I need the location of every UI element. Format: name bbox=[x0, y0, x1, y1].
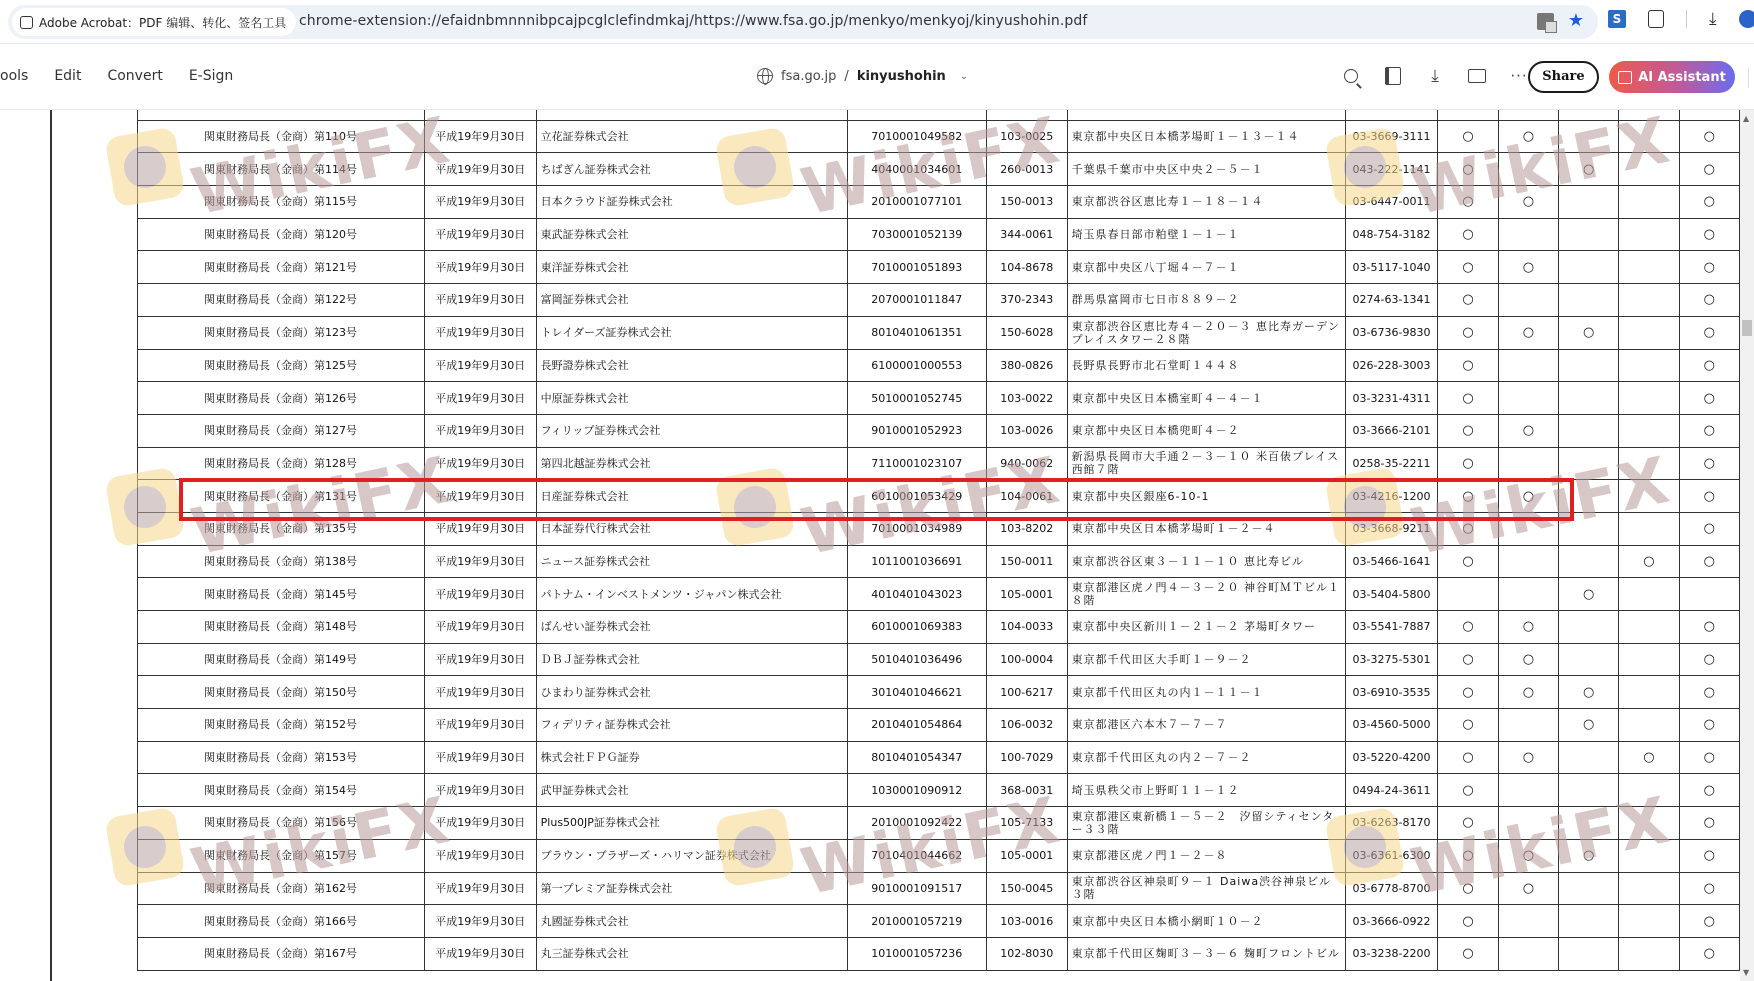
company-name: フィリップ証券株式会社 bbox=[536, 414, 847, 447]
table-row: 関東財務局長（金商）第114号平成19年9月30日ちばぎん証券株式会社40400… bbox=[138, 153, 1740, 186]
postal-code: 100-7029 bbox=[986, 741, 1067, 774]
corporate-number: 7010001049582 bbox=[847, 120, 986, 153]
phone-number: 03-5220-4200 bbox=[1345, 741, 1438, 774]
share-button[interactable]: Share bbox=[1528, 61, 1599, 93]
business-type-mark bbox=[1559, 447, 1619, 480]
print-icon[interactable] bbox=[1466, 65, 1488, 87]
registration-date: 平成19年9月30日 bbox=[424, 512, 536, 545]
phone-number: 03-5326-1412 bbox=[1345, 110, 1438, 120]
business-type-mark bbox=[1559, 120, 1619, 153]
corporate-number: 1010001057236 bbox=[847, 937, 986, 970]
company-name: 日本クラウド証券株式会社 bbox=[536, 186, 847, 219]
postal-code: 105-7133 bbox=[986, 807, 1067, 840]
url-text[interactable]: chrome-extension://efaidnbmnnnibpcajpcgl… bbox=[299, 13, 1087, 29]
business-type-mark bbox=[1619, 120, 1679, 153]
business-type-mark bbox=[1559, 807, 1619, 840]
registration-date: 平成19年9月30日 bbox=[424, 611, 536, 644]
registration-date: 平成19年9月30日 bbox=[424, 643, 536, 676]
corporate-number: 6010001053429 bbox=[847, 480, 986, 513]
business-type-mark: ○ bbox=[1679, 807, 1739, 840]
translate-icon[interactable] bbox=[1537, 13, 1554, 30]
business-type-mark: ○ bbox=[1438, 937, 1498, 970]
business-type-mark: ○ bbox=[1679, 676, 1739, 709]
business-type-mark bbox=[1619, 316, 1679, 349]
site-chip-label: Adobe Acrobat：PDF 编辑、转化、签名工具 bbox=[39, 14, 286, 31]
business-type-mark bbox=[1619, 447, 1679, 480]
business-type-mark bbox=[1498, 937, 1558, 970]
registration-number: 関東財務局長（金商）第150号 bbox=[138, 676, 425, 709]
table-row: 関東財務局長（金商）第115号平成19年9月30日日本クラウド証券株式会社201… bbox=[138, 186, 1740, 219]
toolbar-divider bbox=[1748, 68, 1749, 88]
corporate-number: 9010001052923 bbox=[847, 414, 986, 447]
business-type-mark: ○ bbox=[1679, 110, 1739, 120]
table-row: 関東財務局長（金商）第153号平成19年9月30日株式会社ＦＰＧ証券801040… bbox=[138, 741, 1740, 774]
company-name: トレイダーズ証券株式会社 bbox=[536, 316, 847, 349]
business-type-mark: ○ bbox=[1498, 872, 1558, 905]
registration-number: 関東財務局長（金商）第106号 bbox=[138, 110, 425, 120]
postal-code: 104-8678 bbox=[986, 251, 1067, 284]
corporate-number: 3011101027812 bbox=[847, 110, 986, 120]
corporate-number: 7010001051893 bbox=[847, 251, 986, 284]
registration-date: 平成19年9月30日 bbox=[424, 741, 536, 774]
table-row: 関東財務局長（金商）第135号平成19年9月30日日本証券代行株式会社70100… bbox=[138, 512, 1740, 545]
business-type-mark: ○ bbox=[1438, 153, 1498, 186]
business-type-mark: ○ bbox=[1679, 382, 1739, 415]
menu-esign[interactable]: E-Sign bbox=[189, 68, 233, 84]
business-type-mark: ○ bbox=[1498, 643, 1558, 676]
business-type-mark bbox=[1619, 611, 1679, 644]
menu-edit[interactable]: Edit bbox=[54, 68, 81, 84]
registration-date: 平成19年9月30日 bbox=[424, 414, 536, 447]
business-type-mark: ○ bbox=[1438, 110, 1498, 120]
registration-number: 関東財務局長（金商）第114号 bbox=[138, 153, 425, 186]
phone-number: 03-3669-3111 bbox=[1345, 120, 1438, 153]
registration-date: 平成19年9月30日 bbox=[424, 316, 536, 349]
business-type-mark bbox=[1498, 709, 1558, 742]
postal-code: 150-0013 bbox=[986, 186, 1067, 219]
business-type-mark: ○ bbox=[1498, 480, 1558, 513]
business-type-mark bbox=[1619, 676, 1679, 709]
postal-code: 344-0061 bbox=[986, 218, 1067, 251]
download-icon[interactable]: ⤓ bbox=[1424, 65, 1446, 87]
registration-number: 関東財務局長（金商）第115号 bbox=[138, 186, 425, 219]
registration-date: 平成19年9月30日 bbox=[424, 110, 536, 120]
registration-date: 平成19年9月30日 bbox=[424, 153, 536, 186]
phone-number: 03-6447-0011 bbox=[1345, 186, 1438, 219]
registration-date: 平成19年9月30日 bbox=[424, 905, 536, 938]
registration-date: 平成19年9月30日 bbox=[424, 807, 536, 840]
registration-date: 平成19年9月30日 bbox=[424, 937, 536, 970]
registration-number: 関東財務局長（金商）第120号 bbox=[138, 218, 425, 251]
business-type-mark: ○ bbox=[1679, 251, 1739, 284]
address: 東京都港区虎ノ門４－３－２０ 神谷町ＭＴビル１８階 bbox=[1067, 578, 1345, 611]
postal-code: 150-6028 bbox=[986, 316, 1067, 349]
table-row: 関東財務局長（金商）第157号平成19年9月30日ブラウン・ブラザーズ・ハリマン… bbox=[138, 839, 1740, 872]
phone-number: 03-5404-5800 bbox=[1345, 578, 1438, 611]
address: 東京都千代田区丸の内１－１１－１ bbox=[1067, 676, 1345, 709]
registration-number: 関東財務局長（金商）第153号 bbox=[138, 741, 425, 774]
phone-number: 026-228-3003 bbox=[1345, 349, 1438, 382]
phone-number: 03-6263-8170 bbox=[1345, 807, 1438, 840]
address: 埼玉県秩父市上野町１１－１２ bbox=[1067, 774, 1345, 807]
business-type-mark bbox=[1498, 774, 1558, 807]
address: 東京都千代田区丸の内２－７－２ bbox=[1067, 741, 1345, 774]
business-type-mark: ○ bbox=[1498, 741, 1558, 774]
table-row: 関東財務局長（金商）第154号平成19年9月30日武甲証券株式会社1030001… bbox=[138, 774, 1740, 807]
corporate-number: 2070001011847 bbox=[847, 284, 986, 317]
phone-number: 03-6736-9830 bbox=[1345, 316, 1438, 349]
business-type-mark: ○ bbox=[1438, 611, 1498, 644]
business-type-mark bbox=[1559, 284, 1619, 317]
corporate-number: 1011001036691 bbox=[847, 545, 986, 578]
corporate-number: 4010401043023 bbox=[847, 578, 986, 611]
business-type-mark: ○ bbox=[1679, 905, 1739, 938]
company-name: ちばぎん証券株式会社 bbox=[536, 153, 847, 186]
corporate-number: 4040001034601 bbox=[847, 153, 986, 186]
company-name: フィデリティ証券株式会社 bbox=[536, 709, 847, 742]
postal-code: 150-0045 bbox=[986, 872, 1067, 905]
business-type-mark: ○ bbox=[1438, 676, 1498, 709]
business-type-mark: ○ bbox=[1438, 709, 1498, 742]
business-type-mark: ○ bbox=[1438, 316, 1498, 349]
more-icon[interactable]: ··· bbox=[1508, 65, 1530, 87]
ai-assistant-button[interactable]: AI Assistant bbox=[1609, 61, 1735, 93]
phone-number: 03-3666-0922 bbox=[1345, 905, 1438, 938]
browser-toolbar: Adobe Acrobat：PDF 编辑、转化、签名工具 chrome-exte… bbox=[0, 0, 1754, 44]
business-type-mark bbox=[1498, 153, 1558, 186]
table-row: 関東財務局長（金商）第121号平成19年9月30日東洋証券株式会社7010001… bbox=[138, 251, 1740, 284]
table-row: 関東財務局長（金商）第128号平成19年9月30日第四北越証券株式会社71100… bbox=[138, 447, 1740, 480]
business-type-mark: ○ bbox=[1438, 251, 1498, 284]
address: 東京都港区六本木７－７－７ bbox=[1067, 709, 1345, 742]
scroll-up-arrow-icon[interactable]: ▲ bbox=[1743, 114, 1749, 123]
address: 東京都中央区日本橋茅場町１－２－４ bbox=[1067, 512, 1345, 545]
corporate-number: 5010401036496 bbox=[847, 643, 986, 676]
postal-code: 150-0011 bbox=[986, 545, 1067, 578]
business-type-mark bbox=[1559, 774, 1619, 807]
company-name: 武甲証券株式会社 bbox=[536, 774, 847, 807]
registration-date: 平成19年9月30日 bbox=[424, 774, 536, 807]
business-type-mark: ○ bbox=[1559, 316, 1619, 349]
business-type-mark bbox=[1498, 382, 1558, 415]
business-type-mark: ○ bbox=[1679, 414, 1739, 447]
phone-number: 03-6778-8700 bbox=[1345, 872, 1438, 905]
business-type-mark: ○ bbox=[1679, 709, 1739, 742]
table-row: 関東財務局長（金商）第156号平成19年9月30日Plus500JP証券株式会社… bbox=[138, 807, 1740, 840]
registration-number: 関東財務局長（金商）第148号 bbox=[138, 611, 425, 644]
business-type-mark bbox=[1619, 186, 1679, 219]
table-row: 関東財務局長（金商）第125号平成19年9月30日長野證券株式会社6100001… bbox=[138, 349, 1740, 382]
table-row: 関東財務局長（金商）第120号平成19年9月30日東武証券株式会社7030001… bbox=[138, 218, 1740, 251]
business-type-mark bbox=[1559, 512, 1619, 545]
company-name: ＤＢＪ証券株式会社 bbox=[536, 643, 847, 676]
table-row: 関東財務局長（金商）第167号平成19年9月30日丸三証券株式会社1010001… bbox=[138, 937, 1740, 970]
business-type-mark: ○ bbox=[1679, 153, 1739, 186]
business-type-mark: ○ bbox=[1438, 643, 1498, 676]
corporate-number: 5010001052745 bbox=[847, 382, 986, 415]
address: 東京都中央区銀座6-10-1 bbox=[1067, 480, 1345, 513]
toolbar-divider bbox=[1686, 10, 1687, 28]
business-type-mark: ○ bbox=[1438, 349, 1498, 382]
breadcrumb-separator: / bbox=[844, 69, 848, 84]
table-row: 関東財務局長（金商）第127号平成19年9月30日フィリップ証券株式会社9010… bbox=[138, 414, 1740, 447]
search-icon[interactable] bbox=[1340, 65, 1362, 87]
business-type-mark bbox=[1619, 349, 1679, 382]
business-type-mark bbox=[1619, 414, 1679, 447]
breadcrumb-file[interactable]: kinyushohin bbox=[857, 69, 946, 84]
corporate-number: 1030001090912 bbox=[847, 774, 986, 807]
company-name: 東洋証券株式会社 bbox=[536, 251, 847, 284]
menu-convert[interactable]: Convert bbox=[107, 68, 162, 84]
business-type-mark: ○ bbox=[1498, 186, 1558, 219]
registration-number: 関東財務局長（金商）第122号 bbox=[138, 284, 425, 317]
business-type-mark: ○ bbox=[1438, 382, 1498, 415]
business-type-mark bbox=[1559, 186, 1619, 219]
company-name: 中原証券株式会社 bbox=[536, 382, 847, 415]
postal-code: 100-6217 bbox=[986, 676, 1067, 709]
chevron-down-icon[interactable]: ⌄ bbox=[960, 71, 968, 82]
address: 東京都渋谷区東３－１１－１０ 恵比寿ビル bbox=[1067, 545, 1345, 578]
registration-number: 関東財務局長（金商）第166号 bbox=[138, 905, 425, 938]
business-type-mark bbox=[1559, 905, 1619, 938]
address: 長野県長野市北石堂町１４４８ bbox=[1067, 349, 1345, 382]
phone-number: 03-5541-7887 bbox=[1345, 611, 1438, 644]
business-type-mark: ○ bbox=[1438, 186, 1498, 219]
registration-number: 関東財務局長（金商）第110号 bbox=[138, 120, 425, 153]
extension-s-icon[interactable]: S bbox=[1608, 10, 1626, 28]
registration-number: 関東財務局長（金商）第138号 bbox=[138, 545, 425, 578]
business-type-mark: ○ bbox=[1679, 741, 1739, 774]
business-type-mark bbox=[1619, 110, 1679, 120]
globe-icon bbox=[757, 68, 773, 84]
phone-number: 0274-63-1341 bbox=[1345, 284, 1438, 317]
postal-code: 106-0032 bbox=[986, 709, 1067, 742]
table-row: 関東財務局長（金商）第122号平成19年9月30日富岡証券株式会社2070001… bbox=[138, 284, 1740, 317]
company-name: 日産証券株式会社 bbox=[536, 480, 847, 513]
ai-assistant-label: AI Assistant bbox=[1638, 70, 1726, 85]
table-row: 関東財務局長（金商）第110号平成19年9月30日立花証券株式会社7010001… bbox=[138, 120, 1740, 153]
registration-date: 平成19年9月30日 bbox=[424, 349, 536, 382]
address: 新宿センタービル５０階 bbox=[1067, 110, 1345, 120]
profile-icon[interactable] bbox=[1739, 10, 1754, 28]
business-type-mark: ○ bbox=[1559, 153, 1619, 186]
business-type-mark: ○ bbox=[1559, 709, 1619, 742]
phone-number: 03-6361-6300 bbox=[1345, 839, 1438, 872]
registration-number: 関東財務局長（金商）第157号 bbox=[138, 839, 425, 872]
business-type-mark bbox=[1619, 709, 1679, 742]
business-type-mark: ○ bbox=[1679, 937, 1739, 970]
business-type-mark: ○ bbox=[1498, 611, 1558, 644]
corporate-number: 8010401061351 bbox=[847, 316, 986, 349]
business-type-mark bbox=[1619, 284, 1679, 317]
bookmark-star-icon[interactable]: ★ bbox=[1568, 12, 1584, 30]
corporate-number: 8010401054347 bbox=[847, 741, 986, 774]
registration-date: 平成19年9月30日 bbox=[424, 284, 536, 317]
registration-number: 関東財務局長（金商）第135号 bbox=[138, 512, 425, 545]
business-type-mark: ○ bbox=[1438, 512, 1498, 545]
table-row: 関東財務局長（金商）第162号平成19年9月30日第一プレミア証券株式会社901… bbox=[138, 872, 1740, 905]
postal-code: 940-0062 bbox=[986, 447, 1067, 480]
page-left-border bbox=[50, 110, 52, 981]
business-type-mark bbox=[1619, 153, 1679, 186]
corporate-number: 2010001057219 bbox=[847, 905, 986, 938]
business-type-mark: ○ bbox=[1679, 643, 1739, 676]
extensions-puzzle-icon[interactable] bbox=[1648, 10, 1664, 28]
phone-number: 03-6910-3535 bbox=[1345, 676, 1438, 709]
scrollbar-thumb[interactable] bbox=[1742, 320, 1752, 336]
registration-number: 関東財務局長（金商）第121号 bbox=[138, 251, 425, 284]
address: 東京都港区虎ノ門１－２－８ bbox=[1067, 839, 1345, 872]
business-type-mark: ○ bbox=[1679, 774, 1739, 807]
phone-number: 048-754-3182 bbox=[1345, 218, 1438, 251]
registration-date: 平成19年9月30日 bbox=[424, 382, 536, 415]
address-bar[interactable]: Adobe Acrobat：PDF 编辑、转化、签名工具 chrome-exte… bbox=[8, 5, 1598, 39]
corporate-number: 2010001077101 bbox=[847, 186, 986, 219]
address: 東京都中央区日本橋茅場町１－１３－１４ bbox=[1067, 120, 1345, 153]
address: 東京都千代田区麹町３－３－６ 麹町フロントビル bbox=[1067, 937, 1345, 970]
registration-number: 関東財務局長（金商）第123号 bbox=[138, 316, 425, 349]
corporate-number: 7110001023107 bbox=[847, 447, 986, 480]
address: 東京都中央区日本橋兜町４－２ bbox=[1067, 414, 1345, 447]
registration-number: 関東財務局長（金商）第126号 bbox=[138, 382, 425, 415]
business-type-mark bbox=[1679, 578, 1739, 611]
business-type-mark bbox=[1619, 578, 1679, 611]
address: 東京都中央区八丁堀４－７－１ bbox=[1067, 251, 1345, 284]
business-type-mark bbox=[1619, 807, 1679, 840]
page-thumbnails-icon[interactable] bbox=[1382, 65, 1404, 87]
business-type-mark: ○ bbox=[1679, 447, 1739, 480]
company-name: 第一プレミア証券株式会社 bbox=[536, 872, 847, 905]
company-name: 株式会社ＦＰＧ証券 bbox=[536, 741, 847, 774]
business-type-mark bbox=[1498, 807, 1558, 840]
postal-code: 104-0033 bbox=[986, 611, 1067, 644]
corporate-number: 7010401044662 bbox=[847, 839, 986, 872]
phone-number: 03-3666-2101 bbox=[1345, 414, 1438, 447]
scroll-down-arrow-icon[interactable]: ▼ bbox=[1743, 968, 1749, 977]
table-row: 関東財務局長（金商）第126号平成19年9月30日中原証券株式会社5010001… bbox=[138, 382, 1740, 415]
phone-number: 03-3668-9211 bbox=[1345, 512, 1438, 545]
registration-date: 平成19年9月30日 bbox=[424, 120, 536, 153]
menu-tools[interactable]: ools bbox=[0, 68, 28, 84]
corporate-number: 2010401054864 bbox=[847, 709, 986, 742]
postal-code: 103-0026 bbox=[986, 414, 1067, 447]
business-type-mark: ○ bbox=[1498, 120, 1558, 153]
registry-table: 関東財務局長（金商）第106号平成19年9月30日損保ジャパンＤＣ証券株式会社3… bbox=[137, 110, 1740, 971]
address: 東京都渋谷区恵比寿４－２０－３ 恵比寿ガーデンプレイスタワー２８階 bbox=[1067, 316, 1345, 349]
corporate-number: 6100001000553 bbox=[847, 349, 986, 382]
corporate-number: 7010001034989 bbox=[847, 512, 986, 545]
business-type-mark bbox=[1559, 218, 1619, 251]
company-name: 丸三証券株式会社 bbox=[536, 937, 847, 970]
business-type-mark: ○ bbox=[1438, 905, 1498, 938]
business-type-mark bbox=[1438, 578, 1498, 611]
business-type-mark bbox=[1559, 545, 1619, 578]
business-type-mark bbox=[1619, 872, 1679, 905]
business-type-mark: ○ bbox=[1498, 316, 1558, 349]
business-type-mark bbox=[1498, 349, 1558, 382]
phone-number: 0494-24-3611 bbox=[1345, 774, 1438, 807]
business-type-mark: ○ bbox=[1498, 839, 1558, 872]
business-type-mark: ○ bbox=[1679, 872, 1739, 905]
business-type-mark bbox=[1619, 512, 1679, 545]
business-type-mark: ○ bbox=[1438, 218, 1498, 251]
address: 東京都中央区日本橋小網町１０－２ bbox=[1067, 905, 1345, 938]
business-type-mark: ○ bbox=[1559, 839, 1619, 872]
business-type-mark: ○ bbox=[1679, 512, 1739, 545]
postal-code: 103-0016 bbox=[986, 905, 1067, 938]
table-row: 関東財務局長（金商）第138号平成19年9月30日ニュース証券株式会社10110… bbox=[138, 545, 1740, 578]
phone-number: 03-4560-5000 bbox=[1345, 709, 1438, 742]
business-type-mark: ○ bbox=[1679, 284, 1739, 317]
business-type-mark bbox=[1498, 512, 1558, 545]
postal-code: 104-0061 bbox=[986, 480, 1067, 513]
postal-code: 380-0826 bbox=[986, 349, 1067, 382]
registration-number: 関東財務局長（金商）第149号 bbox=[138, 643, 425, 676]
breadcrumb-domain: fsa.go.jp bbox=[781, 69, 836, 84]
business-type-mark bbox=[1498, 218, 1558, 251]
registration-date: 平成19年9月30日 bbox=[424, 447, 536, 480]
business-type-mark: ○ bbox=[1619, 545, 1679, 578]
registration-number: 関東財務局長（金商）第162号 bbox=[138, 872, 425, 905]
postal-code: 103-8202 bbox=[986, 512, 1067, 545]
business-type-mark: ○ bbox=[1438, 839, 1498, 872]
registration-number: 関東財務局長（金商）第167号 bbox=[138, 937, 425, 970]
table-row: 関東財務局長（金商）第123号平成19年9月30日トレイダーズ証券株式会社801… bbox=[138, 316, 1740, 349]
business-type-mark bbox=[1498, 110, 1558, 120]
table-row: 関東財務局長（金商）第149号平成19年9月30日ＤＢＪ証券株式会社501040… bbox=[138, 643, 1740, 676]
registration-date: 平成19年9月30日 bbox=[424, 545, 536, 578]
business-type-mark: ○ bbox=[1438, 872, 1498, 905]
registration-number: 関東財務局長（金商）第156号 bbox=[138, 807, 425, 840]
vertical-scrollbar[interactable]: ▲ ▼ bbox=[1740, 110, 1754, 981]
business-type-mark bbox=[1619, 382, 1679, 415]
business-type-mark bbox=[1559, 251, 1619, 284]
postal-code: 105-0001 bbox=[986, 578, 1067, 611]
business-type-mark: ○ bbox=[1559, 110, 1619, 120]
pdf-viewport[interactable]: 関東財務局長（金商）第106号平成19年9月30日損保ジャパンＤＣ証券株式会社3… bbox=[0, 110, 1740, 981]
registration-number: 関東財務局長（金商）第125号 bbox=[138, 349, 425, 382]
business-type-mark: ○ bbox=[1679, 545, 1739, 578]
postal-code: 260-0013 bbox=[986, 153, 1067, 186]
table-row: 関東財務局長（金商）第166号平成19年9月30日丸國証券株式会社2010001… bbox=[138, 905, 1740, 938]
table-row: 関東財務局長（金商）第150号平成19年9月30日ひまわり証券株式会社30104… bbox=[138, 676, 1740, 709]
acrobat-tools: ⤓ ··· bbox=[1340, 64, 1551, 88]
phone-number: 043-222-1141 bbox=[1345, 153, 1438, 186]
postal-code: 103-0022 bbox=[986, 382, 1067, 415]
address: 東京都渋谷区神泉町９－１ Daiwa渋谷神泉ビル３階 bbox=[1067, 872, 1345, 905]
company-name: 損保ジャパンＤＣ証券株式会社 bbox=[536, 110, 847, 120]
business-type-mark bbox=[1619, 774, 1679, 807]
phone-number: 03-3231-4311 bbox=[1345, 382, 1438, 415]
company-name: 丸國証券株式会社 bbox=[536, 905, 847, 938]
address: 東京都中央区日本橋室町４－４－１ bbox=[1067, 382, 1345, 415]
business-type-mark bbox=[1619, 839, 1679, 872]
business-type-mark bbox=[1559, 480, 1619, 513]
business-type-mark: ○ bbox=[1679, 349, 1739, 382]
business-type-mark bbox=[1498, 905, 1558, 938]
company-name: ばんせい証券株式会社 bbox=[536, 611, 847, 644]
company-name: パトナム・インベストメンツ・ジャパン株式会社 bbox=[536, 578, 847, 611]
business-type-mark bbox=[1619, 218, 1679, 251]
acrobat-menu: ools Edit Convert E-Sign bbox=[0, 68, 233, 84]
business-type-mark bbox=[1498, 545, 1558, 578]
company-name: 日本証券代行株式会社 bbox=[536, 512, 847, 545]
business-type-mark bbox=[1619, 480, 1679, 513]
download-icon[interactable]: ⤓ bbox=[1709, 9, 1717, 29]
business-type-mark: ○ bbox=[1438, 774, 1498, 807]
business-type-mark bbox=[1559, 611, 1619, 644]
site-info-chip[interactable]: Adobe Acrobat：PDF 编辑、转化、签名工具 bbox=[12, 8, 296, 36]
